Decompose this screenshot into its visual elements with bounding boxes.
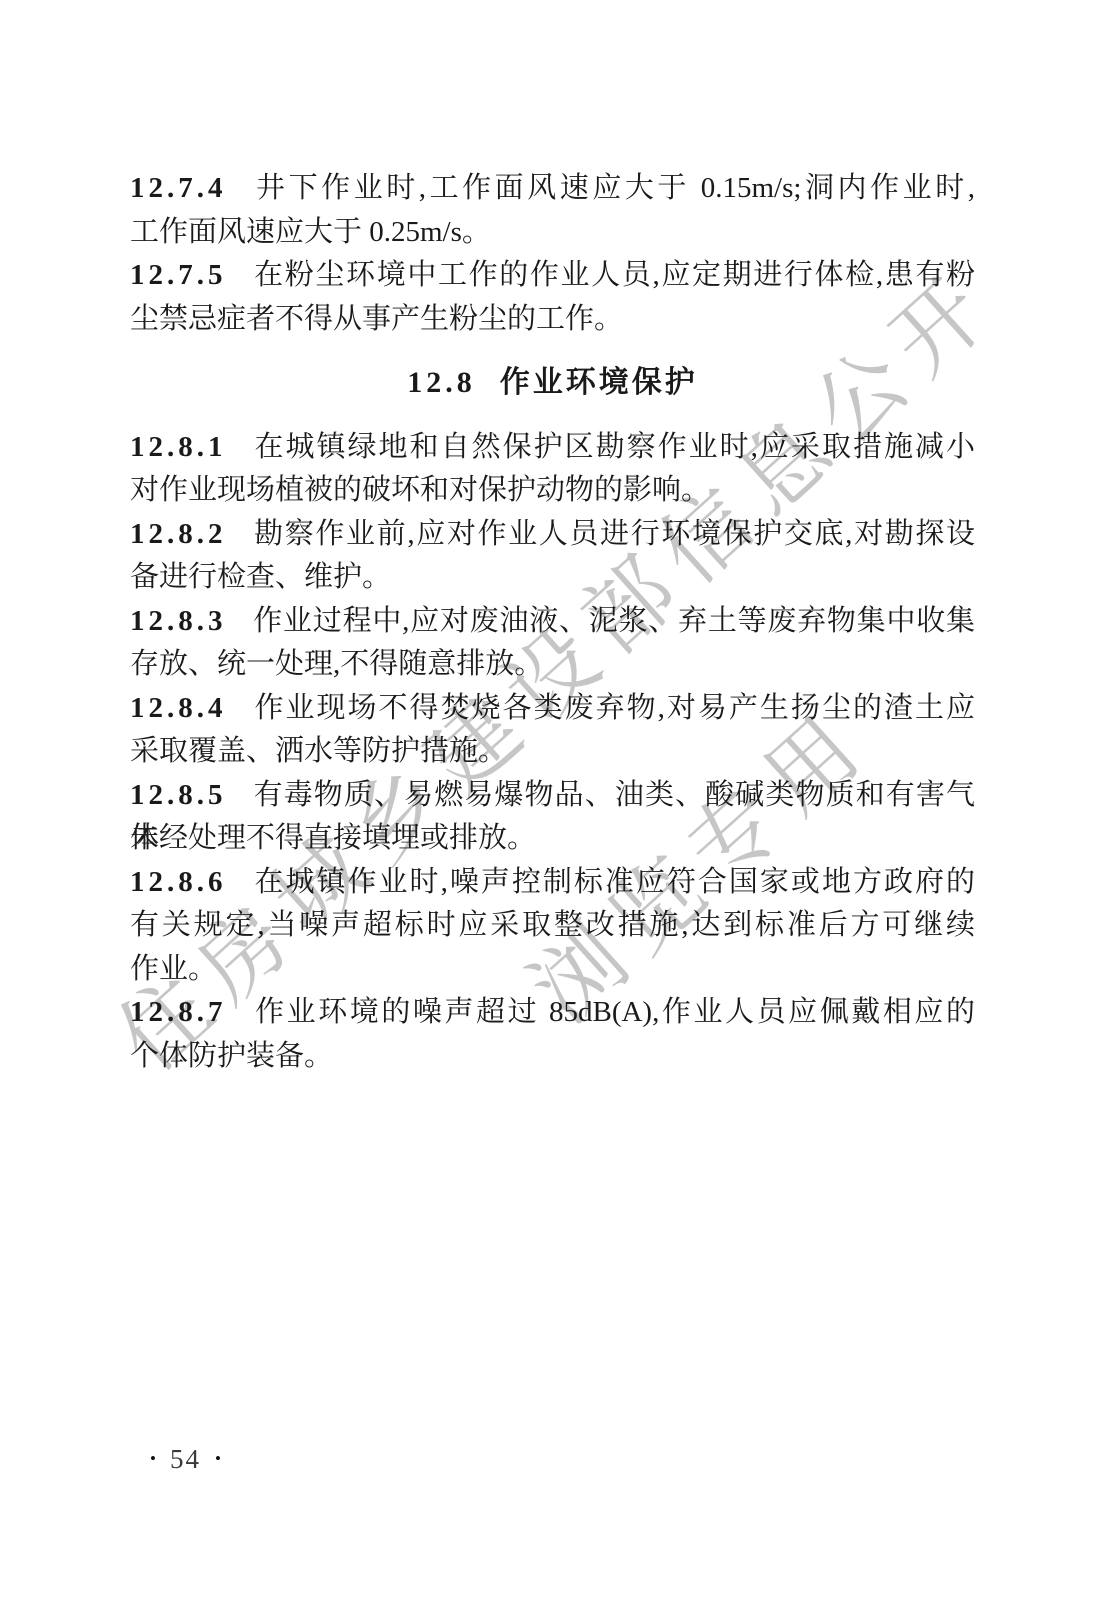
clause-number: 12.8.3 — [130, 605, 227, 637]
clause-number: 12.8.6 — [130, 866, 227, 898]
clause-text: 在城镇绿地和自然保护区勘察作业时,应采取措施减小 — [253, 431, 976, 463]
clause-text: 勘察作业前,应对作业人员进行环境保护交底,对勘探设 — [253, 518, 976, 550]
clause-line: 12.8.6在城镇作业时,噪声控制标准应符合国家或地方政府的 — [130, 861, 975, 905]
document-content: 12.7.4井下作业时,工作面风速应大于 0.15m/s;洞内作业时,工作面风速… — [130, 167, 975, 1078]
clause-line: 12.8.7作业环境的噪声超过 85dB(A),作业人员应佩戴相应的 — [130, 991, 975, 1035]
clause-text: 作业过程中,应对废油液、泥浆、弃土等废弃物集中收集 — [253, 605, 976, 637]
clause-line: 存放、统一处理,不得随意排放。 — [130, 643, 975, 687]
clause-number: 12.8.4 — [130, 692, 227, 724]
clause-line: 未经处理不得直接填埋或排放。 — [130, 817, 975, 861]
clause-line: 12.8.2勘察作业前,应对作业人员进行环境保护交底,对勘探设 — [130, 513, 975, 557]
clause-number: 12.7.5 — [130, 259, 227, 291]
section-heading-number: 12.8 — [407, 366, 476, 399]
clause-text: 在城镇作业时,噪声控制标准应符合国家或地方政府的 — [253, 866, 976, 898]
clause-line: 12.7.4井下作业时,工作面风速应大于 0.15m/s;洞内作业时, — [130, 167, 975, 211]
page-number: 54 — [170, 1444, 201, 1474]
page-footer: •54• — [150, 1444, 221, 1475]
clause-line: 个体防护装备。 — [130, 1035, 975, 1079]
section-heading: 12.8作业环境保护 — [130, 361, 975, 405]
document-page: 住房城乡建设部信息公开 浏览专用 12.7.4井下作业时,工作面风速应大于 0.… — [0, 0, 1102, 1598]
clause-line: 工作面风速应大于 0.25m/s。 — [130, 211, 975, 255]
clause-number: 12.8.1 — [130, 431, 227, 463]
clause-number: 12.8.2 — [130, 518, 227, 550]
clause-line: 12.8.3作业过程中,应对废油液、泥浆、弃土等废弃物集中收集 — [130, 600, 975, 644]
clause-line: 备进行检查、维护。 — [130, 556, 975, 600]
clause-line: 对作业现场植被的破坏和对保护动物的影响。 — [130, 469, 975, 513]
clause-line: 有关规定,当噪声超标时应采取整改措施,达到标准后方可继续 — [130, 904, 975, 948]
clause-line: 12.8.4作业现场不得焚烧各类废弃物,对易产生扬尘的渣土应 — [130, 687, 975, 731]
section-heading-title: 作业环境保护 — [500, 366, 698, 399]
clause-line: 尘禁忌症者不得从事产生粉尘的工作。 — [130, 298, 975, 342]
clause-line: 12.7.5在粉尘环境中工作的作业人员,应定期进行体检,患有粉 — [130, 254, 975, 298]
clause-line: 12.8.1在城镇绿地和自然保护区勘察作业时,应采取措施减小 — [130, 426, 975, 470]
clause-number: 12.7.4 — [130, 172, 227, 204]
footer-left-dot: • — [150, 1449, 156, 1468]
clause-number: 12.8.7 — [130, 996, 227, 1028]
clause-line: 采取覆盖、洒水等防护措施。 — [130, 730, 975, 774]
clause-text: 作业现场不得焚烧各类废弃物,对易产生扬尘的渣土应 — [253, 692, 976, 724]
clause-line: 作业。 — [130, 948, 975, 992]
clause-text: 井下作业时,工作面风速应大于 0.15m/s;洞内作业时, — [253, 172, 976, 204]
footer-right-dot: • — [215, 1449, 221, 1468]
clause-line: 12.8.5有毒物质、易燃易爆物品、油类、酸碱类物质和有害气体 — [130, 774, 975, 818]
clause-text: 在粉尘环境中工作的作业人员,应定期进行体检,患有粉 — [253, 259, 976, 291]
clause-number: 12.8.5 — [130, 779, 227, 811]
clause-text: 作业环境的噪声超过 85dB(A),作业人员应佩戴相应的 — [253, 996, 976, 1028]
